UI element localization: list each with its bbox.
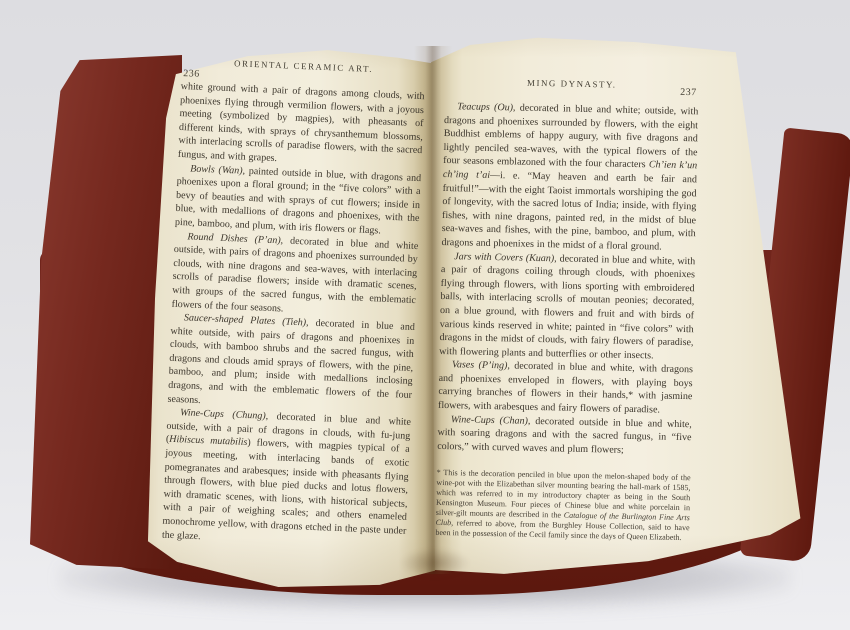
text-segment: , decorated in blue and white outside, w… bbox=[171, 235, 418, 314]
text-segment: white ground with a pair of dragons amon… bbox=[178, 81, 425, 164]
paragraph: Wine-Cups (Chan), decorated outside in b… bbox=[437, 413, 692, 459]
text-segment: , decorated in blue and white outside, w… bbox=[167, 318, 415, 406]
text-segment: Bowls (Wan) bbox=[190, 163, 243, 176]
book-photo: 236 ORIENTAL CERAMIC ART. white ground w… bbox=[0, 0, 850, 630]
paragraph: Round Dishes (P’an), decorated in blue a… bbox=[171, 229, 418, 321]
text-segment: Jars with Covers (Kuan) bbox=[454, 251, 554, 264]
gutter-bottom-shadow bbox=[400, 548, 470, 578]
text-segment: , decorated in blue and white, with a pa… bbox=[439, 253, 695, 361]
text-segment: Hibiscus mutabilis bbox=[169, 434, 248, 448]
paragraph: Jars with Covers (Kuan), decorated in bl… bbox=[439, 249, 695, 363]
text-segment: Round Dishes (P’an) bbox=[187, 231, 281, 246]
left-page-text: 236 ORIENTAL CERAMIC ART. white ground w… bbox=[162, 56, 426, 552]
text-segment: Wine-Cups (Chung) bbox=[180, 407, 266, 422]
text-segment: Vases (P’ing) bbox=[452, 359, 508, 371]
text-segment: , painted outside in blue, with dragons … bbox=[175, 165, 422, 236]
paragraph: Wine-Cups (Chung), decorated in blue and… bbox=[162, 406, 411, 552]
page-number-left: 236 bbox=[183, 68, 200, 80]
text-segment: Wine-Cups (Chan) bbox=[451, 414, 528, 427]
text-segment: ) flowers, with magpies typical of a joy… bbox=[162, 438, 410, 542]
text-segment: Teacups (Ou) bbox=[457, 101, 513, 113]
text-segment: , referred to above, from the Burghley H… bbox=[435, 518, 689, 542]
right-page-text: MING DYNASTY. 237 Teacups (Ou), decorate… bbox=[435, 76, 699, 543]
footnote: * This is the decoration penciled in blu… bbox=[435, 468, 690, 543]
paragraph: Teacups (Ou), decorated in blue and whit… bbox=[441, 100, 698, 255]
right-page-paragraphs: Teacups (Ou), decorated in blue and whit… bbox=[437, 100, 698, 459]
left-page-paragraphs: white ground with a pair of dragons amon… bbox=[162, 80, 425, 552]
paragraph: Vases (P’ing), decorated in blue and whi… bbox=[438, 358, 693, 418]
paragraph: Saucer-shaped Plates (Tieh), decorated i… bbox=[167, 311, 415, 416]
text-segment: —i. e. “May heaven and earth be fair and… bbox=[441, 170, 697, 253]
paragraph: white ground with a pair of dragons amon… bbox=[178, 80, 425, 172]
page-number-right: 237 bbox=[680, 87, 697, 98]
paragraph: Bowls (Wan), painted outside in blue, wi… bbox=[175, 161, 422, 239]
